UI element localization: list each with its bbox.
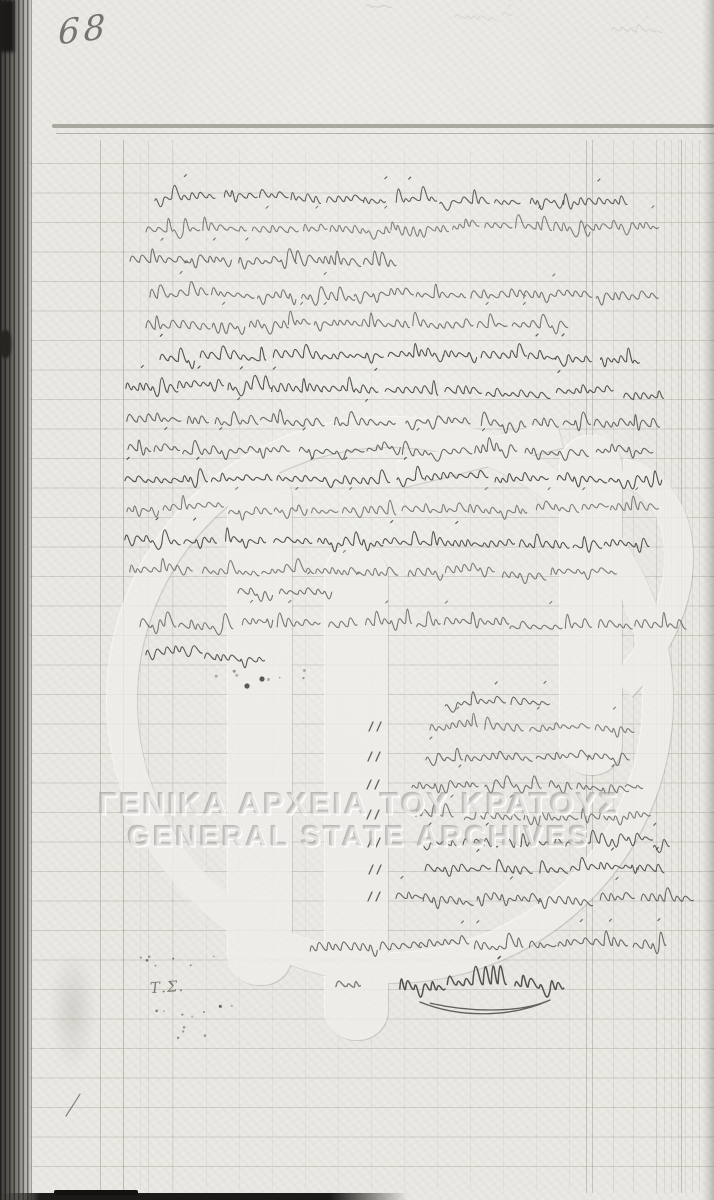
handwriting-line bbox=[126, 365, 664, 402]
handwriting-line bbox=[336, 981, 360, 987]
handwriting-line bbox=[310, 919, 666, 958]
watermark-text-greek: ΓΕΝΙΚΑ ΑΡΧΕΙΑ ΤΟΥ ΚΡΑΤΟΥΣ bbox=[14, 786, 704, 822]
scan-bottom-edge-2 bbox=[54, 1190, 138, 1195]
signature-flourish bbox=[420, 1000, 550, 1014]
handwriting-layer bbox=[0, 0, 714, 1200]
ink-dot bbox=[181, 1014, 183, 1016]
handwriting-line bbox=[130, 548, 617, 585]
handwriting-line bbox=[127, 487, 658, 520]
page-right-edge-shadow bbox=[702, 0, 714, 1200]
ink-dot bbox=[267, 678, 270, 681]
ink-dot bbox=[190, 964, 192, 966]
handwriting-line bbox=[128, 427, 653, 462]
ink-dot bbox=[182, 1030, 184, 1032]
handwriting-line bbox=[400, 956, 564, 998]
ink-dot bbox=[172, 958, 174, 960]
ink-dot bbox=[155, 1010, 158, 1013]
handwriting-line bbox=[146, 206, 658, 240]
handwriting-line bbox=[130, 238, 396, 270]
ditto-mark bbox=[368, 892, 380, 901]
ink-dot bbox=[203, 1011, 205, 1013]
ditto-mark bbox=[369, 722, 381, 731]
ink-smudge bbox=[50, 950, 96, 1070]
handwriting-line bbox=[455, 4, 512, 20]
handwriting-line bbox=[146, 302, 568, 334]
watermark-text-english: GENERAL STATE ARCHIVES bbox=[14, 821, 704, 854]
handwriting-line bbox=[426, 737, 629, 767]
ink-dot bbox=[155, 965, 157, 967]
handwriting-line bbox=[140, 600, 686, 637]
ink-dot bbox=[233, 670, 236, 673]
ink-dot bbox=[302, 677, 304, 679]
ink-dot bbox=[191, 1015, 193, 1017]
book-binding-edge bbox=[0, 0, 32, 1200]
handwriting-line bbox=[612, 16, 663, 33]
handwriting-line bbox=[125, 457, 662, 489]
ink-dot bbox=[215, 675, 218, 678]
handwriting-line bbox=[125, 517, 650, 555]
ink-dot bbox=[177, 1037, 179, 1039]
ditto-mark bbox=[369, 865, 381, 874]
ink-dot bbox=[231, 1005, 233, 1007]
handwriting-line bbox=[396, 876, 694, 910]
ink-blob bbox=[259, 676, 264, 681]
ink-dot bbox=[148, 956, 150, 958]
handwriting-line bbox=[155, 174, 628, 212]
ink-dot bbox=[219, 1005, 222, 1008]
handwriting-line bbox=[445, 681, 550, 712]
ink-dot bbox=[213, 956, 215, 958]
handwriting-line bbox=[430, 707, 634, 737]
scanned-page: ΓΕΝΙΚΑ ΑΡΧΕΙΑ ΤΟΥ ΚΡΑΤΟΥΣ GENERAL STATE … bbox=[0, 0, 714, 1200]
ink-dot bbox=[140, 957, 142, 959]
handwriting-line bbox=[366, 4, 391, 7]
handwriting-line bbox=[150, 271, 659, 307]
handwriting-line bbox=[146, 645, 265, 668]
page-number: 68 bbox=[58, 7, 110, 54]
stray-pen-mark bbox=[66, 1094, 80, 1116]
ink-dot bbox=[163, 1010, 165, 1012]
ink-dot bbox=[303, 669, 306, 672]
stamp-place-mark: Τ.Σ. bbox=[149, 977, 184, 997]
ink-dot bbox=[204, 1034, 206, 1036]
ink-dot bbox=[235, 674, 238, 677]
handwriting-line bbox=[127, 396, 660, 435]
ink-dot bbox=[183, 1026, 186, 1029]
ink-blob bbox=[244, 683, 249, 688]
ink-dot bbox=[279, 677, 280, 678]
ditto-mark bbox=[368, 752, 380, 761]
ink-dot bbox=[146, 959, 149, 962]
handwriting-line bbox=[160, 334, 639, 369]
handwriting-line bbox=[238, 571, 332, 602]
